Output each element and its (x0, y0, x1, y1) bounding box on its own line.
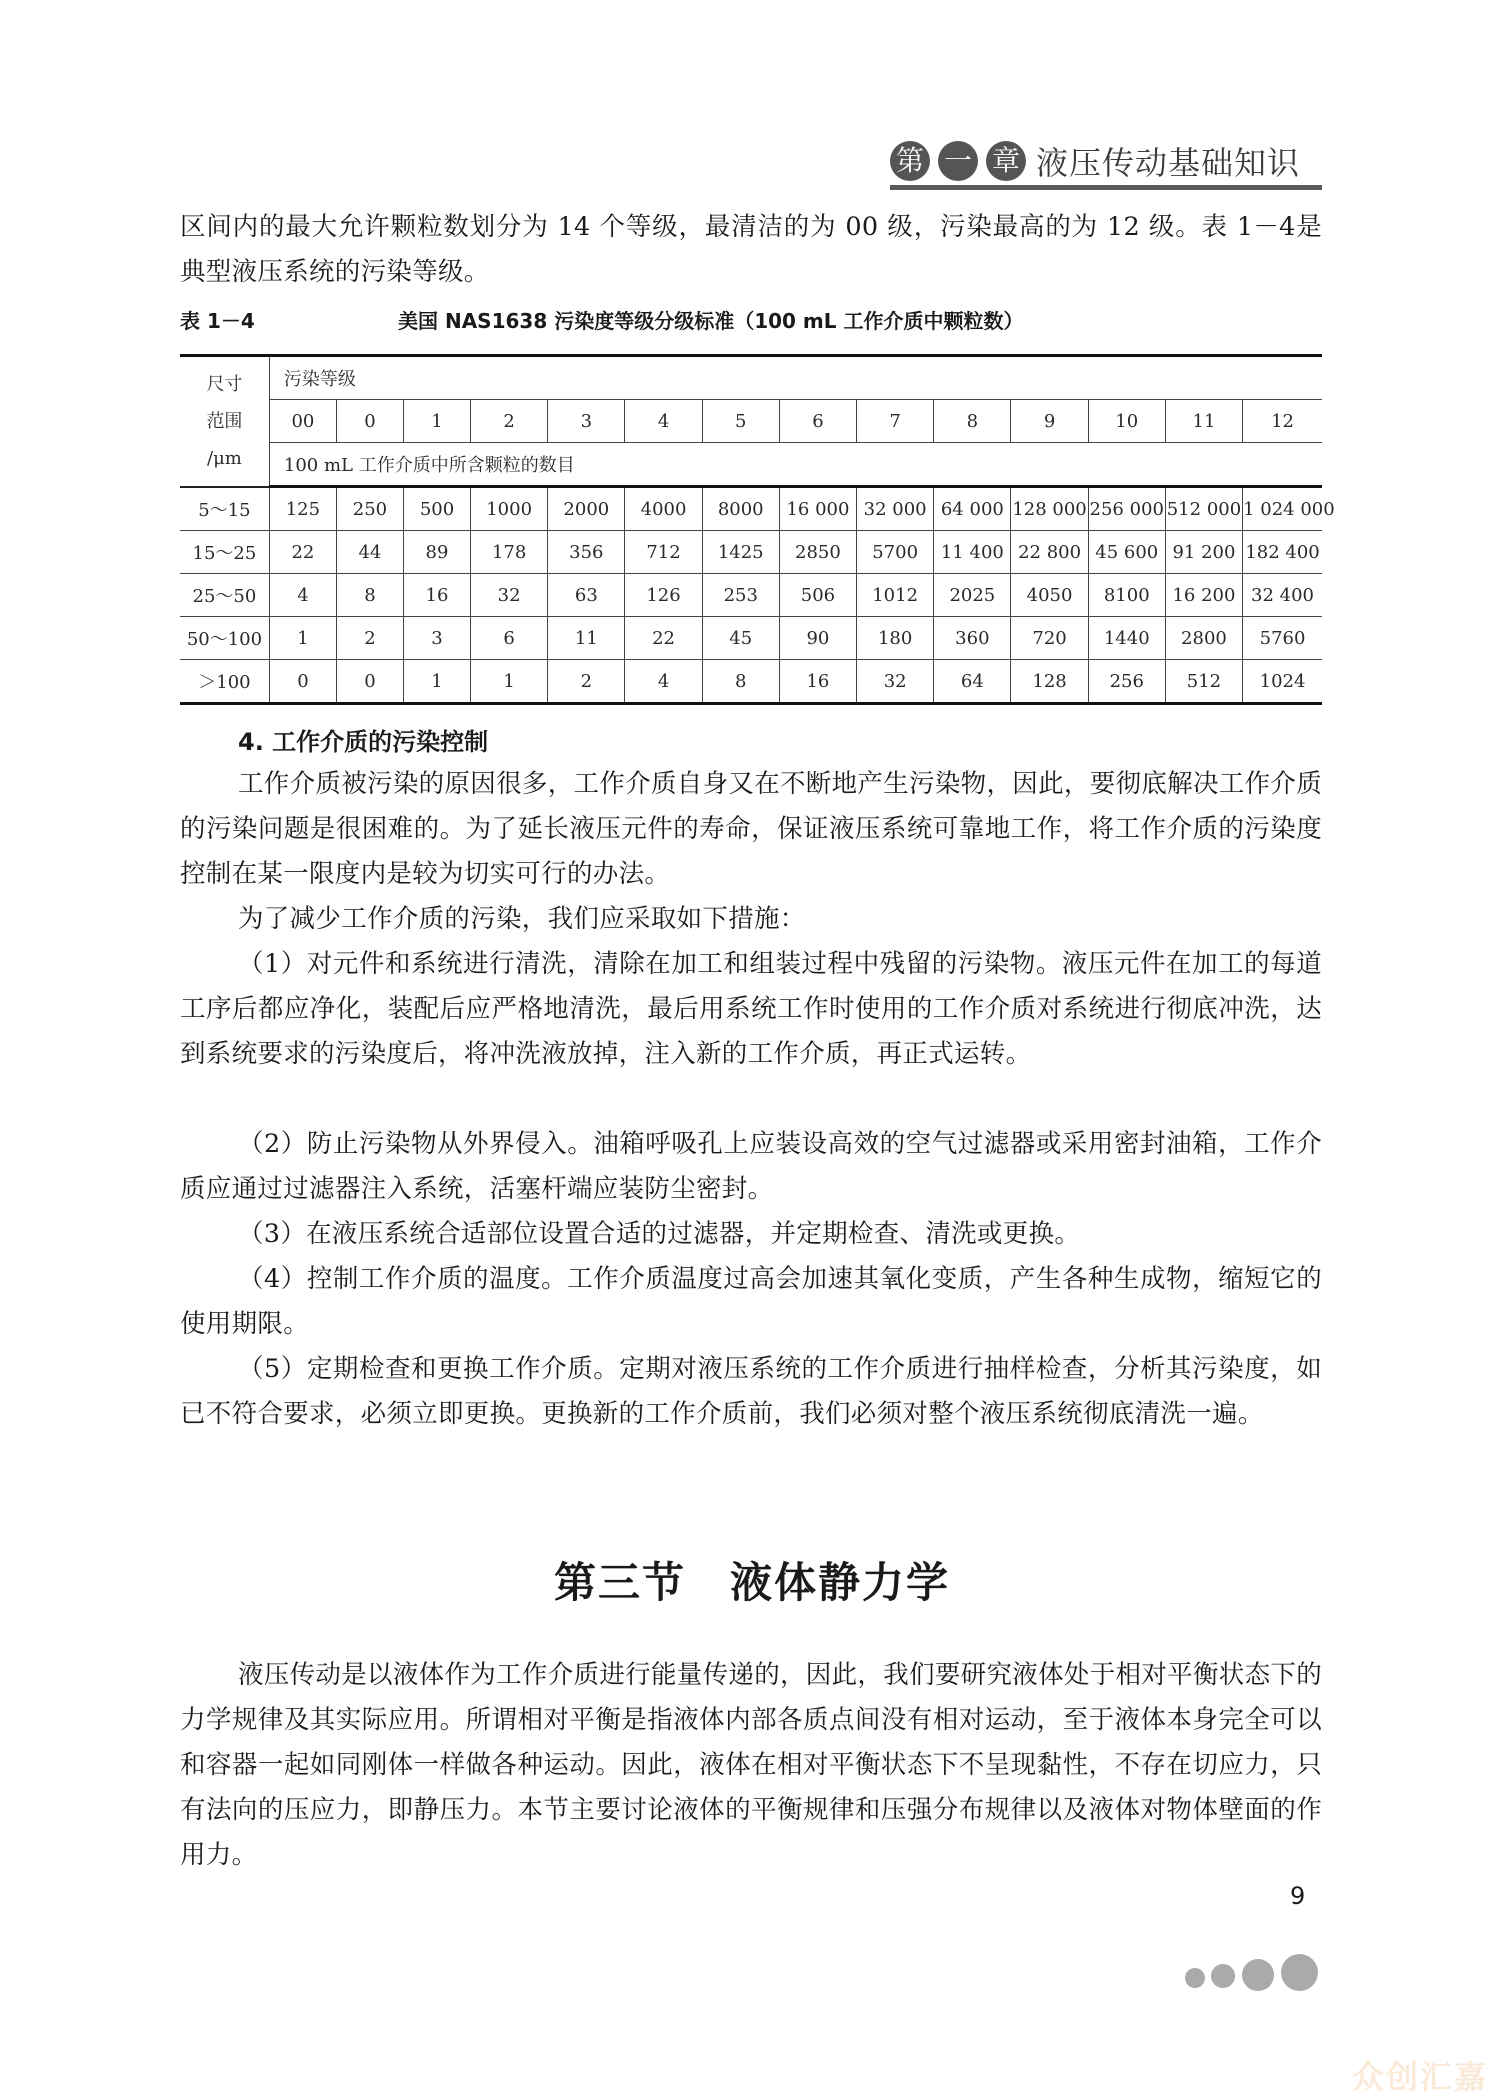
watermark: 众创汇嘉 (1352, 2052, 1488, 2094)
particle-count-cell: 360 (934, 617, 1011, 660)
particle-count-cell: 253 (702, 574, 779, 617)
particle-count-cell: 45 (702, 617, 779, 660)
particle-count-cell: 22 800 (1011, 531, 1088, 574)
particle-count-cell: 506 (779, 574, 856, 617)
particle-count-cell: 0 (336, 660, 403, 704)
grade-cell: 7 (857, 400, 934, 443)
table-label: 表 1－4 (180, 305, 255, 334)
particle-count-cell: 2000 (548, 487, 625, 531)
grade-cell: 1 (403, 400, 470, 443)
grade-cell: 00 (269, 400, 336, 443)
section-title: 第三节 液体静力学 (0, 1550, 1504, 1610)
particle-count-cell: 2850 (779, 531, 856, 574)
particle-count-cell: 356 (548, 531, 625, 574)
particle-count-cell: 720 (1011, 617, 1088, 660)
chapter-title: 液压传动基础知识 (1036, 138, 1300, 184)
particle-count-cell: 2800 (1165, 617, 1242, 660)
size-range-cell: 25～50 (180, 574, 269, 617)
particle-count-cell: 8100 (1088, 574, 1165, 617)
particle-count-cell: 712 (625, 531, 702, 574)
particle-count-cell: 1 (471, 660, 548, 704)
paragraph-measure-2: （2）防止污染物从外界侵入。油箱呼吸孔上应装设高效的空气过滤器或采用密封油箱，工… (180, 1122, 1322, 1212)
particle-count-cell: 1024 (1243, 660, 1322, 704)
particle-count-cell: 32 (471, 574, 548, 617)
grade-cell: 10 (1088, 400, 1165, 443)
chapter-circle-yi: 一 (938, 141, 978, 181)
dot-icon (1211, 1964, 1235, 1988)
particle-count-cell: 32 (857, 660, 934, 704)
particle-count-cell: 90 (779, 617, 856, 660)
grade-cell: 8 (934, 400, 1011, 443)
particle-count-cell: 8 (702, 660, 779, 704)
particle-count-cell: 1000 (471, 487, 548, 531)
paragraph-measures-intro: 为了减少工作介质的污染，我们应采取如下措施： (180, 897, 1322, 942)
grade-header: 污染等级 (269, 356, 1322, 400)
size-header-line-3: /μm (180, 440, 269, 477)
particle-count-cell: 178 (471, 531, 548, 574)
table-header-row-count-label: 100 mL 工作介质中所含颗粒的数目 (180, 443, 1322, 487)
particle-count-cell: 6 (471, 617, 548, 660)
size-range-cell: 15～25 (180, 531, 269, 574)
paragraph-measure-1: （1）对元件和系统进行清洗，清除在加工和组装过程中残留的污染物。液压元件在加工的… (180, 942, 1322, 1077)
particle-count-cell: 64 000 (934, 487, 1011, 531)
particle-count-cell: 8000 (702, 487, 779, 531)
particle-count-cell: 1 (403, 660, 470, 704)
grade-cell: 9 (1011, 400, 1088, 443)
particle-count-cell: 512 (1165, 660, 1242, 704)
particle-count-cell: 5700 (857, 531, 934, 574)
particle-count-cell: 128 (1011, 660, 1088, 704)
particle-count-cell: 512 000 (1165, 487, 1242, 531)
particle-count-cell: 2 (336, 617, 403, 660)
grade-cell: 11 (1165, 400, 1242, 443)
particle-count-cell: 4050 (1011, 574, 1088, 617)
dot-icon (1242, 1959, 1274, 1991)
particle-count-cell: 2025 (934, 574, 1011, 617)
particle-count-cell: 1 024 000 (1243, 487, 1322, 531)
table-body: 5～15125250500100020004000800016 00032 00… (180, 487, 1322, 704)
particle-count-cell: 500 (403, 487, 470, 531)
particle-count-cell: 16 000 (779, 487, 856, 531)
particle-count-cell: 11 (548, 617, 625, 660)
particle-count-cell: 91 200 (1165, 531, 1242, 574)
particle-count-cell: 0 (269, 660, 336, 704)
size-header-line-2: 范围 (180, 403, 269, 440)
nas1638-table: 尺寸 范围 /μm 污染等级 00 0 1 2 3 4 5 6 7 8 9 10… (180, 354, 1322, 705)
particle-count-cell: 16 (779, 660, 856, 704)
table-row: ＞10000112481632641282565121024 (180, 660, 1322, 704)
paragraph-causes: 工作介质被污染的原因很多，工作介质自身又在不断地产生污染物，因此，要彻底解决工作… (180, 762, 1322, 897)
page-number: 9 (1290, 1882, 1305, 1910)
grade-cell: 2 (471, 400, 548, 443)
footer-dots-decoration (1185, 1948, 1325, 1988)
table-header-row-grade-label: 尺寸 范围 /μm 污染等级 (180, 356, 1322, 400)
particle-count-cell: 16 (403, 574, 470, 617)
dot-icon (1281, 1954, 1318, 1991)
count-header: 100 mL 工作介质中所含颗粒的数目 (269, 443, 1322, 487)
particle-count-cell: 63 (548, 574, 625, 617)
dot-icon (1185, 1968, 1205, 1988)
particle-count-cell: 1425 (702, 531, 779, 574)
particle-count-cell: 4 (269, 574, 336, 617)
particle-count-cell: 44 (336, 531, 403, 574)
particle-count-cell: 126 (625, 574, 702, 617)
particle-count-cell: 8 (336, 574, 403, 617)
particle-count-cell: 16 200 (1165, 574, 1242, 617)
table-title: 美国 NAS1638 污染度等级分级标准（100 mL 工作介质中颗粒数） (398, 305, 1023, 334)
chapter-circle-zhang: 章 (986, 141, 1026, 181)
size-header-line-1: 尺寸 (180, 366, 269, 403)
paragraph-measure-3: （3）在液压系统合适部位设置合适的过滤器，并定期检查、清洗或更换。 (180, 1212, 1322, 1257)
particle-count-cell: 64 (934, 660, 1011, 704)
particle-count-cell: 125 (269, 487, 336, 531)
running-head: 第一章液压传动基础知识 (890, 138, 1322, 188)
particle-count-cell: 1440 (1088, 617, 1165, 660)
paragraph-measure-5: （5）定期检查和更换工作介质。定期对液压系统的工作介质进行抽样检查，分析其污染度… (180, 1347, 1322, 1437)
particle-count-cell: 1012 (857, 574, 934, 617)
header-rule (890, 185, 1322, 190)
particle-count-cell: 22 (625, 617, 702, 660)
size-range-cell: 5～15 (180, 487, 269, 531)
intro-paragraph: 区间内的最大允许颗粒数划分为 14 个等级，最清洁的为 00 级，污染最高的为 … (180, 205, 1322, 295)
particle-count-cell: 250 (336, 487, 403, 531)
particle-count-cell: 3 (403, 617, 470, 660)
size-range-cell: ＞100 (180, 660, 269, 704)
table-row: 5～15125250500100020004000800016 00032 00… (180, 487, 1322, 531)
particle-count-cell: 180 (857, 617, 934, 660)
table-row: 15～2522448917835671214252850570011 40022… (180, 531, 1322, 574)
grade-cell: 5 (702, 400, 779, 443)
paragraph-measure-4: （4）控制工作介质的温度。工作介质温度过高会加速其氧化变质，产生各种生成物，缩短… (180, 1257, 1322, 1347)
size-range-header: 尺寸 范围 /μm (180, 356, 269, 487)
particle-count-cell: 182 400 (1243, 531, 1322, 574)
size-range-cell: 50～100 (180, 617, 269, 660)
grade-cell: 0 (336, 400, 403, 443)
table-row: 50～100123611224590180360720144028005760 (180, 617, 1322, 660)
subsection-heading: 4. 工作介质的污染控制 (238, 722, 488, 757)
particle-count-cell: 32 400 (1243, 574, 1322, 617)
chapter-circle-di: 第 (890, 141, 930, 181)
section-paragraph: 液压传动是以液体作为工作介质进行能量传递的，因此，我们要研究液体处于相对平衡状态… (180, 1653, 1322, 1878)
table-row: 25～5048163263126253506101220254050810016… (180, 574, 1322, 617)
particle-count-cell: 4000 (625, 487, 702, 531)
grade-cell: 6 (779, 400, 856, 443)
table-header-row-grades: 00 0 1 2 3 4 5 6 7 8 9 10 11 12 (180, 400, 1322, 443)
particle-count-cell: 45 600 (1088, 531, 1165, 574)
grade-cell: 3 (548, 400, 625, 443)
particle-count-cell: 11 400 (934, 531, 1011, 574)
particle-count-cell: 256 (1088, 660, 1165, 704)
particle-count-cell: 5760 (1243, 617, 1322, 660)
particle-count-cell: 128 000 (1011, 487, 1088, 531)
particle-count-cell: 2 (548, 660, 625, 704)
particle-count-cell: 89 (403, 531, 470, 574)
particle-count-cell: 4 (625, 660, 702, 704)
grade-cell: 12 (1243, 400, 1322, 443)
particle-count-cell: 32 000 (857, 487, 934, 531)
particle-count-cell: 1 (269, 617, 336, 660)
grade-cell: 4 (625, 400, 702, 443)
particle-count-cell: 22 (269, 531, 336, 574)
particle-count-cell: 256 000 (1088, 487, 1165, 531)
